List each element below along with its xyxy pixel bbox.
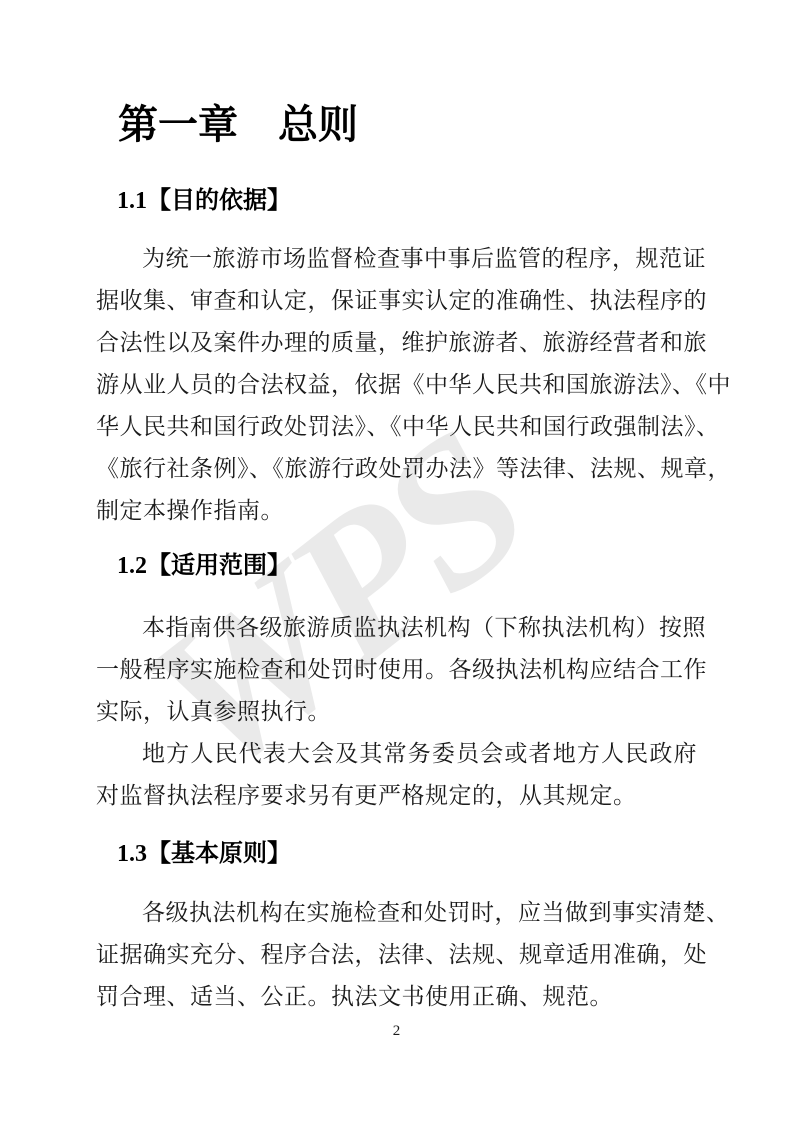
text-line: 罚合理、适当、公正。执法文书使用正确、规范。 (96, 976, 697, 1018)
section-heading-1-1: 1.1【目的依据】 (117, 185, 291, 217)
text-line: 为统一旅游市场监督检查事中事后监管的程序，规范证 (96, 238, 697, 280)
text-line: 对监督执法程序要求另有更严格规定的，从其规定。 (96, 775, 697, 817)
text-line: 制定本操作指南。 (96, 490, 697, 532)
text-line: 华人民共和国行政处罚法》、《中华人民共和国行政强制法》、 (96, 406, 697, 448)
paragraph: 为统一旅游市场监督检查事中事后监管的程序，规范证据收集、审查和认定，保证事实认定… (96, 238, 697, 532)
paragraph: 各级执法机构在实施检查和处罚时，应当做到事实清楚、证据确实充分、程序合法，法律、… (96, 892, 697, 1018)
text-line: 地方人民代表大会及其常务委员会或者地方人民政府 (96, 733, 697, 775)
text-line: 本指南供各级旅游质监执法机构（下称执法机构）按照 (96, 607, 697, 649)
section-heading-1-3: 1.3【基本原则】 (117, 838, 291, 870)
text-line: 一般程序实施检查和处罚时使用。各级执法机构应结合工作 (96, 649, 697, 691)
document-page: WPS 第一章 总则 1.1【目的依据】 为统一旅游市场监督检查事中事后监管的程… (0, 0, 793, 1122)
text-line: 据收集、审查和认定，保证事实认定的准确性、执法程序的 (96, 280, 697, 322)
text-line: 各级执法机构在实施检查和处罚时，应当做到事实清楚、 (96, 892, 697, 934)
paragraph: 地方人民代表大会及其常务委员会或者地方人民政府对监督执法程序要求另有更严格规定的… (96, 733, 697, 817)
section-body-1-1: 为统一旅游市场监督检查事中事后监管的程序，规范证据收集、审查和认定，保证事实认定… (96, 238, 697, 532)
text-line: 《旅行社条例》、《旅游行政处罚办法》等法律、法规、规章， (96, 448, 697, 490)
paragraph: 本指南供各级旅游质监执法机构（下称执法机构）按照一般程序实施检查和处罚时使用。各… (96, 607, 697, 733)
text-line: 实际，认真参照执行。 (96, 691, 697, 733)
text-line: 证据确实充分、程序合法，法律、法规、规章适用准确，处 (96, 934, 697, 976)
text-line: 合法性以及案件办理的质量，维护旅游者、旅游经营者和旅 (96, 322, 697, 364)
section-body-1-2: 本指南供各级旅游质监执法机构（下称执法机构）按照一般程序实施检查和处罚时使用。各… (96, 607, 697, 817)
section-heading-1-2: 1.2【适用范围】 (117, 550, 291, 582)
chapter-title: 第一章 总则 (118, 102, 358, 148)
section-body-1-3: 各级执法机构在实施检查和处罚时，应当做到事实清楚、证据确实充分、程序合法，法律、… (96, 892, 697, 1018)
page-number: 2 (0, 1023, 793, 1040)
text-line: 游从业人员的合法权益，依据《中华人民共和国旅游法》、《中 (96, 364, 697, 406)
